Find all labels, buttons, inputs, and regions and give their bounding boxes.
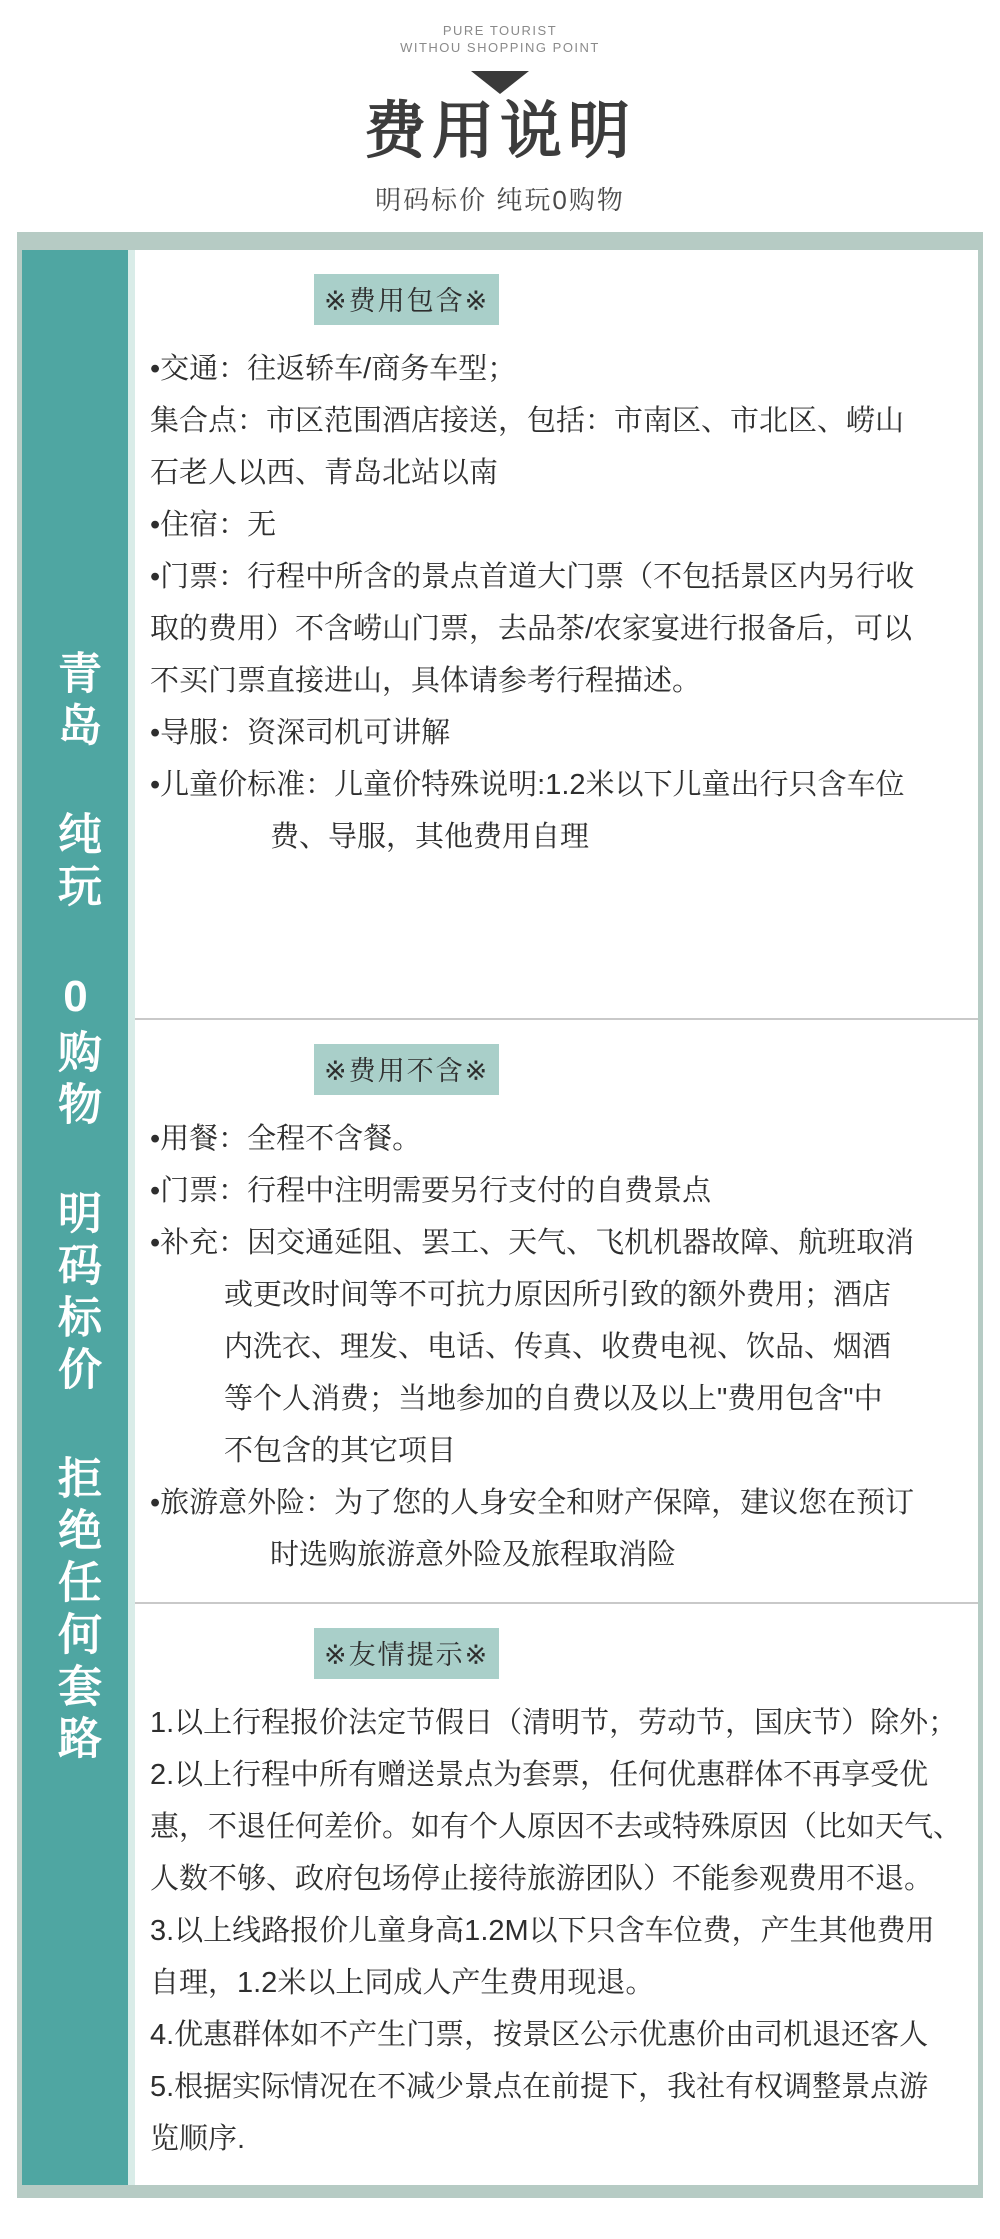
content-card: ※费用包含※•交通：往返轿车/商务车型；集合点：市区范围酒店接送，包括：市南区、… (128, 250, 978, 2185)
down-triangle-icon (471, 71, 529, 94)
eyebrow-text: PURE TOURIST WITHOU SHOPPING POINT (0, 0, 1000, 56)
section-body: 1.以上行程报价法定节假日（清明节，劳动节，国庆节）除外；2.以上行程中所有赠送… (150, 1697, 968, 2165)
section-line: 石老人以西、青岛北站以南 (150, 447, 968, 499)
page-subtitle: 明码标价 纯玩0购物 (0, 180, 1000, 217)
section-line: 或更改时间等不可抗力原因所引致的额外费用；酒店 (150, 1269, 968, 1321)
section-line: 集合点：市区范围酒店接送，包括：市南区、市北区、崂山 (150, 395, 968, 447)
section-line: •用餐：全程不含餐。 (150, 1113, 968, 1165)
section-title: ※友情提示※ (314, 1628, 499, 1679)
section-line: 惠，不退任何差价。如有个人原因不去或特殊原因（比如天气、 (150, 1801, 968, 1853)
section-2: ※费用不含※•用餐：全程不含餐。•门票：行程中注明需要另行支付的自费景点•补充：… (135, 1018, 978, 1602)
content-frame: 青岛 纯玩 0购物 明码标价 拒绝任何套路 ※费用包含※•交通：往返轿车/商务车… (17, 232, 983, 2198)
section-line: 不买门票直接进山，具体请参考行程描述。 (150, 655, 968, 707)
section-line: 取的费用）不含崂山门票，去品茶/农家宴进行报备后，可以 (150, 603, 968, 655)
section-line: •旅游意外险：为了您的人身安全和财产保障，建议您在预订 (150, 1477, 968, 1529)
section-line: 4.优惠群体如不产生门票，按景区公示优惠价由司机退还客人 (150, 2009, 968, 2061)
section-line: 览顺序. (150, 2113, 968, 2165)
section-title: ※费用包含※ (314, 274, 499, 325)
section-line: 等个人消费；当地参加的自费以及以上"费用包含"中 (150, 1373, 968, 1425)
fee-description-poster: PURE TOURIST WITHOU SHOPPING POINT 费用说明 … (0, 0, 1000, 217)
section-line: 内洗衣、理发、电话、传真、收费电视、饮品、烟酒 (150, 1321, 968, 1373)
sidebar-vertical-text: 青岛 纯玩 0购物 明码标价 拒绝任何套路 (43, 250, 107, 2185)
section-line: 2.以上行程中所有赠送景点为套票，任何优惠群体不再享受优 (150, 1749, 968, 1801)
section-line: 5.根据实际情况在不减少景点在前提下，我社有权调整景点游 (150, 2061, 968, 2113)
section-body: •用餐：全程不含餐。•门票：行程中注明需要另行支付的自费景点•补充：因交通延阻、… (150, 1113, 968, 1581)
section-line: 费、导服，其他费用自理 (150, 811, 968, 863)
eyebrow-line2: WITHOU SHOPPING POINT (0, 39, 1000, 56)
section-line: 3.以上线路报价儿童身高1.2M以下只含车位费，产生其他费用 (150, 1905, 968, 1957)
section-line: •补充：因交通延阻、罢工、天气、飞机机器故障、航班取消 (150, 1217, 968, 1269)
section-line: 人数不够、政府包场停止接待旅游团队）不能参观费用不退。 (150, 1853, 968, 1905)
sidebar: 青岛 纯玩 0购物 明码标价 拒绝任何套路 (22, 250, 128, 2185)
section-body: •交通：往返轿车/商务车型；集合点：市区范围酒店接送，包括：市南区、市北区、崂山… (150, 343, 968, 863)
eyebrow-line1: PURE TOURIST (0, 22, 1000, 39)
section-3: ※友情提示※1.以上行程报价法定节假日（清明节，劳动节，国庆节）除外；2.以上行… (135, 1602, 978, 2185)
section-line: 自理，1.2米以上同成人产生费用现退。 (150, 1957, 968, 2009)
section-line: •儿童价标准：儿童价特殊说明:1.2米以下儿童出行只含车位 (150, 759, 968, 811)
section-title: ※费用不含※ (314, 1044, 499, 1095)
section-1: ※费用包含※•交通：往返轿车/商务车型；集合点：市区范围酒店接送，包括：市南区、… (135, 250, 978, 1018)
section-line: 不包含的其它项目 (150, 1425, 968, 1477)
section-line: 时选购旅游意外险及旅程取消险 (150, 1529, 968, 1581)
section-line: •导服：资深司机可讲解 (150, 707, 968, 759)
section-line: •门票：行程中所含的景点首道大门票（不包括景区内另行收 (150, 551, 968, 603)
section-line: 1.以上行程报价法定节假日（清明节，劳动节，国庆节）除外； (150, 1697, 968, 1749)
section-line: •住宿：无 (150, 499, 968, 551)
page-title: 费用说明 (0, 98, 1000, 166)
section-line: •门票：行程中注明需要另行支付的自费景点 (150, 1165, 968, 1217)
section-line: •交通：往返轿车/商务车型； (150, 343, 968, 395)
